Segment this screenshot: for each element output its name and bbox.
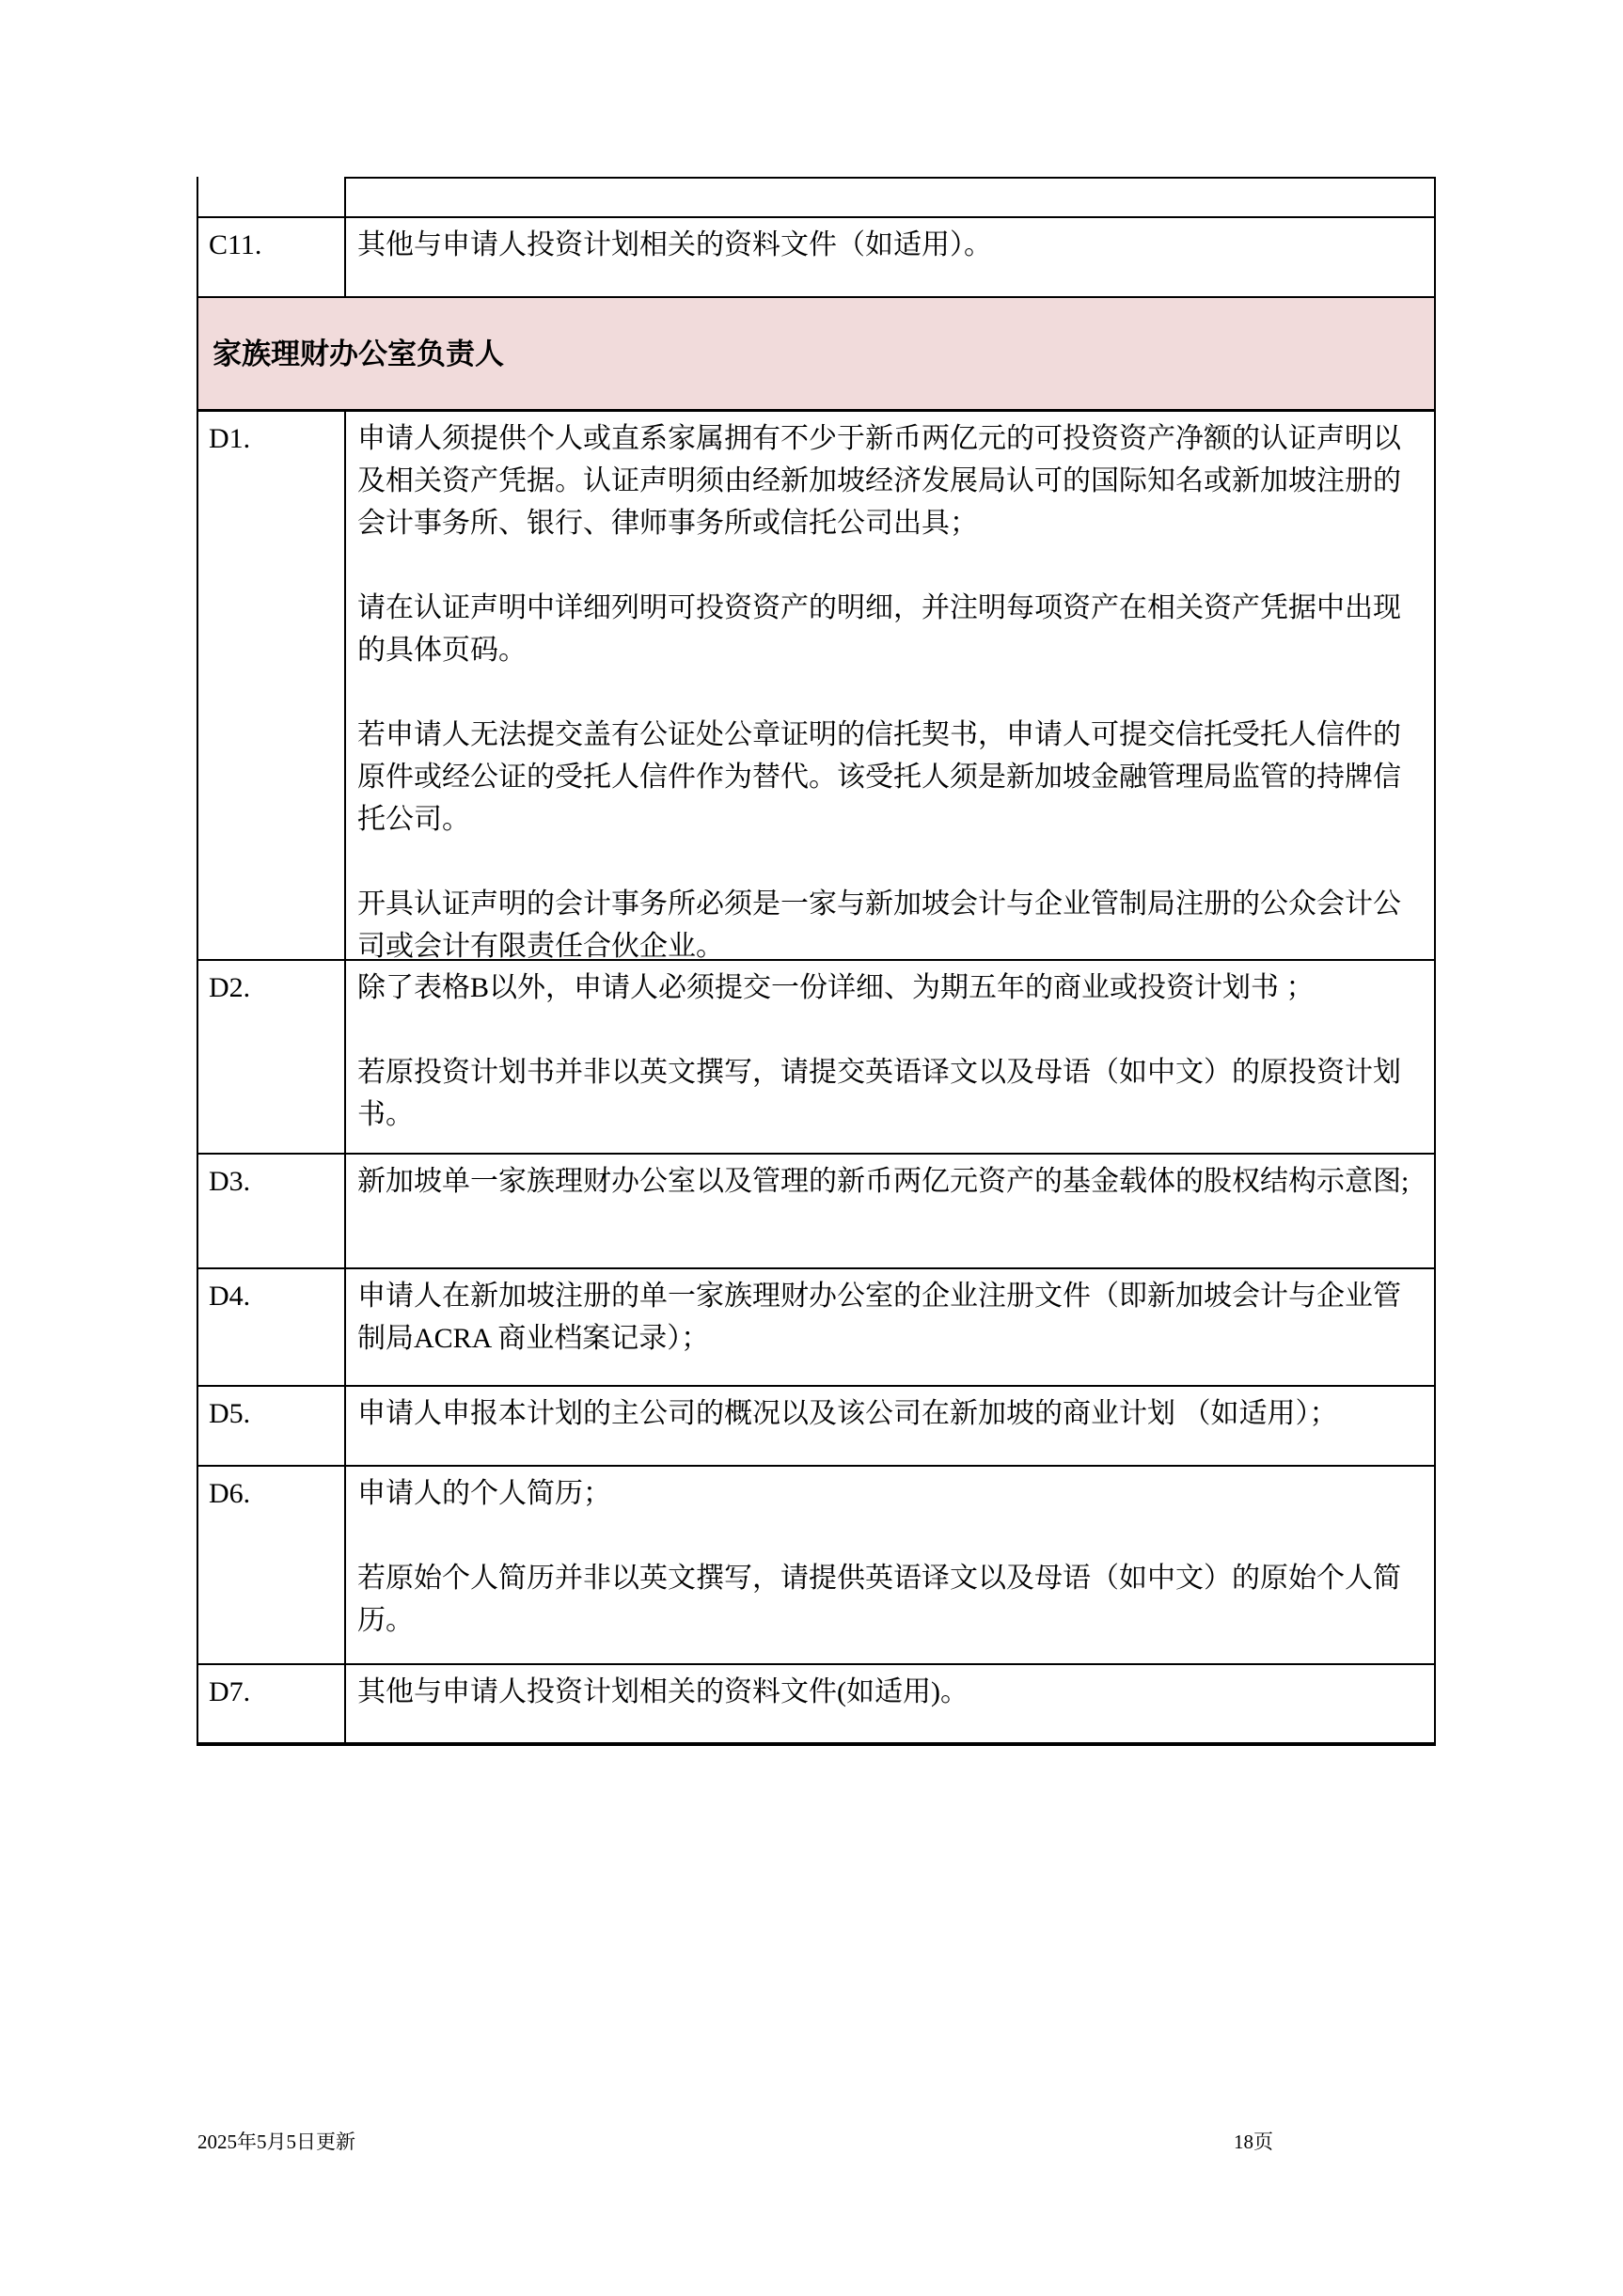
row-paragraph: 申请人的个人简历； — [357, 1472, 1413, 1515]
document-page: C11. 其他与申请人投资计划相关的资料文件（如适用）。 家族理财办公室负责人 … — [0, 0, 1623, 2296]
section-header-title: 家族理财办公室负责人 — [213, 333, 504, 375]
table-row-d6: D6. 申请人的个人简历； 若原始个人简历并非以英文撰写，请提供英语译文以及母语… — [197, 1467, 1434, 1665]
table-row-d7: D7. 其他与申请人投资计划相关的资料文件(如适用)。 — [197, 1665, 1434, 1746]
row-paragraph: 开具认证声明的会计事务所必须是一家与新加坡会计与企业管制局注册的公众会计公司或会… — [357, 883, 1413, 967]
row-id: D4. — [209, 1275, 340, 1317]
row-id-cell — [197, 177, 344, 216]
row-id: D6. — [209, 1472, 340, 1515]
row-id: D2. — [209, 967, 340, 1009]
row-paragraph: 申请人申报本计划的主公司的概况以及该公司在新加坡的商业计划 （如适用）； — [357, 1392, 1413, 1435]
row-paragraph: 若原投资计划书并非以英文撰写，请提交英语译文以及母语（如中文）的原投资计划书。 — [357, 1051, 1413, 1136]
row-content-cell: 其他与申请人投资计划相关的资料文件(如适用)。 — [344, 1665, 1434, 1742]
section-header-row: 家族理财办公室负责人 — [197, 296, 1434, 412]
row-id: D3. — [209, 1160, 340, 1203]
row-content-cell: 申请人申报本计划的主公司的概况以及该公司在新加坡的商业计划 （如适用）； — [344, 1387, 1434, 1465]
row-content-cell: 其他与申请人投资计划相关的资料文件（如适用）。 — [344, 218, 1434, 296]
row-id-cell: D2. — [197, 961, 344, 1153]
row-paragraph: 其他与申请人投资计划相关的资料文件(如适用)。 — [357, 1671, 1413, 1713]
row-paragraph: 若申请人无法提交盖有公证处公章证明的信托契书，申请人可提交信托受托人信件的原件或… — [357, 714, 1413, 841]
row-paragraph: 申请人在新加坡注册的单一家族理财办公室的企业注册文件（即新加坡会计与企业管制局A… — [357, 1275, 1413, 1360]
footer-page-number: 18页 — [1234, 2131, 1273, 2154]
row-id-cell: C11. — [197, 218, 344, 296]
row-paragraph: 请在认证声明中详细列明可投资资产的明细，并注明每项资产在相关资产凭据中出现的具体… — [357, 587, 1413, 671]
table-row-d5: D5. 申请人申报本计划的主公司的概况以及该公司在新加坡的商业计划 （如适用）； — [197, 1387, 1434, 1467]
row-paragraph: 其他与申请人投资计划相关的资料文件（如适用）。 — [357, 224, 1413, 266]
row-paragraph: 新加坡单一家族理财办公室以及管理的新币两亿元资产的基金载体的股权结构示意图; — [357, 1160, 1413, 1203]
row-content-cell: 申请人在新加坡注册的单一家族理财办公室的企业注册文件（即新加坡会计与企业管制局A… — [344, 1269, 1434, 1385]
table-row-d1: D1. 申请人须提供个人或直系家属拥有不少于新币两亿元的可投资资产净额的认证声明… — [197, 412, 1434, 961]
row-id-cell: D1. — [197, 412, 344, 959]
row-id-cell: D6. — [197, 1467, 344, 1663]
row-id-cell: D3. — [197, 1155, 344, 1267]
row-paragraph: 申请人须提供个人或直系家属拥有不少于新币两亿元的可投资资产净额的认证声明以及相关… — [357, 417, 1413, 544]
row-content-cell: 新加坡单一家族理财办公室以及管理的新币两亿元资产的基金载体的股权结构示意图; — [344, 1155, 1434, 1267]
table-row-c11: C11. 其他与申请人投资计划相关的资料文件（如适用）。 — [197, 216, 1434, 296]
table-row-d2: D2. 除了表格B以外，申请人必须提交一份详细、为期五年的商业或投资计划书 ； … — [197, 961, 1434, 1155]
table-row-d3: D3. 新加坡单一家族理财办公室以及管理的新币两亿元资产的基金载体的股权结构示意… — [197, 1155, 1434, 1269]
row-id: D1. — [209, 417, 340, 460]
row-paragraph: 除了表格B以外，申请人必须提交一份详细、为期五年的商业或投资计划书 ； — [357, 967, 1413, 1009]
row-id-cell: D7. — [197, 1665, 344, 1742]
row-content-cell: 除了表格B以外，申请人必须提交一份详细、为期五年的商业或投资计划书 ； 若原投资… — [344, 961, 1434, 1153]
row-id-cell: D4. — [197, 1269, 344, 1385]
table-row-partial — [197, 177, 1434, 216]
row-content-cell — [344, 177, 1434, 216]
row-id: C11. — [209, 224, 340, 266]
table-row-d4: D4. 申请人在新加坡注册的单一家族理财办公室的企业注册文件（即新加坡会计与企业… — [197, 1269, 1434, 1387]
row-id-cell: D5. — [197, 1387, 344, 1465]
row-id: D5. — [209, 1392, 340, 1435]
row-paragraph: 若原始个人简历并非以英文撰写，请提供英语译文以及母语（如中文）的原始个人简历。 — [357, 1557, 1413, 1642]
requirements-table: C11. 其他与申请人投资计划相关的资料文件（如适用）。 家族理财办公室负责人 … — [197, 177, 1436, 1746]
row-id: D7. — [209, 1671, 340, 1713]
row-content-cell: 申请人须提供个人或直系家属拥有不少于新币两亿元的可投资资产净额的认证声明以及相关… — [344, 412, 1434, 959]
footer-updated-date: 2025年5月5日更新 — [197, 2131, 355, 2154]
row-content-cell: 申请人的个人简历； 若原始个人简历并非以英文撰写，请提供英语译文以及母语（如中文… — [344, 1467, 1434, 1663]
